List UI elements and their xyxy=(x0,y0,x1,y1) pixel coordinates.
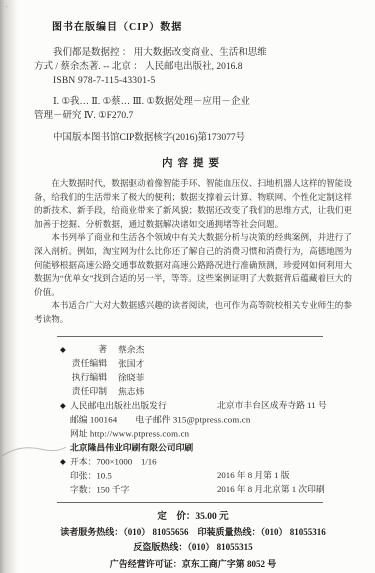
book-copyright-page: { "cip": { "heading": "图书在版编目（CIP）数据", "… xyxy=(0,0,375,573)
summary-heading: 内容提要 xyxy=(34,155,352,170)
cip-isbn: ISBN 978-7-115-43301-5 xyxy=(34,74,352,88)
credit-row-editor: ◆责任编辑张国才 xyxy=(60,357,352,371)
credit-value: 徐晓菲 xyxy=(118,372,144,382)
credit-label: 责任编辑 xyxy=(70,357,107,371)
spacer xyxy=(34,88,352,95)
sheets-edition-row: ◆印张：10.5 2016 年 8 月第 1 版 xyxy=(60,469,352,483)
credit-row-author: ◆著蔡余杰 xyxy=(60,343,352,357)
spacer xyxy=(34,123,352,131)
cip-heading: 图书在版编目（CIP）数据 xyxy=(52,18,352,33)
scan-edge-shadow xyxy=(0,0,20,573)
scan-corner-mark: + xyxy=(4,3,9,12)
cip-block: 我们都是数据控 ： 用大数据改变商业、生活和思维 方式 / 蔡余杰著. -- 北… xyxy=(34,46,352,145)
diamond-bullet: ◆ xyxy=(60,343,70,357)
website-url: http://www.ptpress.com.cn xyxy=(90,429,189,439)
cip-title-line2: 方式 / 蔡余杰著. -- 北京 ： 人民邮电出版社, 2016.8 xyxy=(34,60,352,74)
wordcount-value: 字数：150 千字 xyxy=(70,485,129,495)
format-row: ◆开本：700×1000 1/16 xyxy=(60,455,352,469)
postcode-label: 邮编 xyxy=(70,415,88,425)
divider-bottom xyxy=(57,502,323,503)
cip-class-line2: 管理－研究 Ⅳ. ①F270.7 xyxy=(34,109,352,123)
publisher-address: 北京市丰台区成寿寺路 11 号 xyxy=(217,399,327,413)
diamond-bullet: ◆ xyxy=(60,455,70,469)
publisher-name: 人民邮电出版社出版发行 xyxy=(70,400,167,410)
email-label: 电子邮件 xyxy=(135,415,170,425)
website-row: ◆网址 http://www.ptpress.com.cn xyxy=(60,427,352,441)
credit-label: 著 xyxy=(70,343,107,357)
edition-value: 2016 年 8 月第 1 版 xyxy=(217,469,290,483)
postcode-value: 100164 xyxy=(90,415,118,425)
summary-paragraphs: 在大数据时代，数据驱动着像智能手环、智能血压仪、扫地机器人这样的智能设备，给我们… xyxy=(34,177,352,327)
cip-record-number: 中国版本图书馆CIP数据核字(2016)第173077号 xyxy=(34,131,352,145)
impression-value: 2016 年 8 月北京第 1 次印刷 xyxy=(217,483,325,497)
publisher-row: ◆人民邮电出版社出版发行 北京市丰台区成寿寺路 11 号 xyxy=(60,399,352,413)
credit-value: 焦志炜 xyxy=(118,386,144,396)
summary-paragraph-2: 本书列举了商业和生活各个领域中有关大数据分析与决策的经典案例，并进行了深入剖析。… xyxy=(34,231,352,299)
summary-paragraph-3: 本书适合广大对大数据感兴趣的读者阅读，也可作为高等院校相关专业师生的参考读物。 xyxy=(34,299,352,326)
sheets-value: 印张：10.5 xyxy=(70,471,112,481)
format-value: 开本：700×1000 1/16 xyxy=(70,457,157,467)
printer-row: ◆北京隆昌伟业印刷有限公司印刷 xyxy=(60,441,352,455)
footer-block: 定 价：35.00 元 读者服务热线：（010） 81055656 印装质量热线… xyxy=(34,510,352,572)
cip-class-line1: Ⅰ. ①我… Ⅱ. ①蔡… Ⅲ. ①数据处理－应用－企业 xyxy=(34,95,352,109)
words-impression-row: ◆字数：150 千字 2016 年 8 月北京第 1 次印刷 xyxy=(60,483,352,497)
cip-title-line1: 我们都是数据控 ： 用大数据改变商业、生活和思维 xyxy=(34,46,352,60)
ad-license-line: 广告经营许可证：京东工商广字第 8052 号 xyxy=(34,556,352,572)
credit-label: 执行编辑 xyxy=(70,371,107,385)
divider-top xyxy=(57,336,323,337)
service-hotline-line: 读者服务热线：（010） 81055656 印装质量热线：（010） 81055… xyxy=(34,525,352,540)
credit-value: 张国才 xyxy=(118,358,144,368)
credit-label: 责任印制 xyxy=(70,385,107,399)
postcode-email-row: ◆邮编 100164电子邮件 315@ptpress.com.cn xyxy=(60,413,352,427)
price-line: 定 价：35.00 元 xyxy=(34,510,352,525)
antipiracy-hotline-line: 反盗版热线：（010） 81055315 xyxy=(34,540,352,555)
diamond-bullet: ◆ xyxy=(60,399,70,413)
credit-value: 蔡余杰 xyxy=(118,344,144,354)
email-value: 315@ptpress.com.cn xyxy=(173,415,251,425)
summary-paragraph-1: 在大数据时代，数据驱动着像智能手环、智能血压仪、扫地机器人这样的智能设备，给我们… xyxy=(34,177,352,231)
credit-row-print-supervisor: ◆责任印制焦志炜 xyxy=(60,385,352,399)
credit-row-exec-editor: ◆执行编辑徐晓菲 xyxy=(60,371,352,385)
imprint-block: ◆著蔡余杰 ◆责任编辑张国才 ◆执行编辑徐晓菲 ◆责任印制焦志炜 ◆人民邮电出版… xyxy=(60,343,352,498)
page-content: 图书在版编目（CIP）数据 我们都是数据控 ： 用大数据改变商业、生活和思维 方… xyxy=(34,0,352,572)
website-label: 网址 xyxy=(70,429,88,439)
printer-name: 北京隆昌伟业印刷有限公司印刷 xyxy=(70,443,193,453)
